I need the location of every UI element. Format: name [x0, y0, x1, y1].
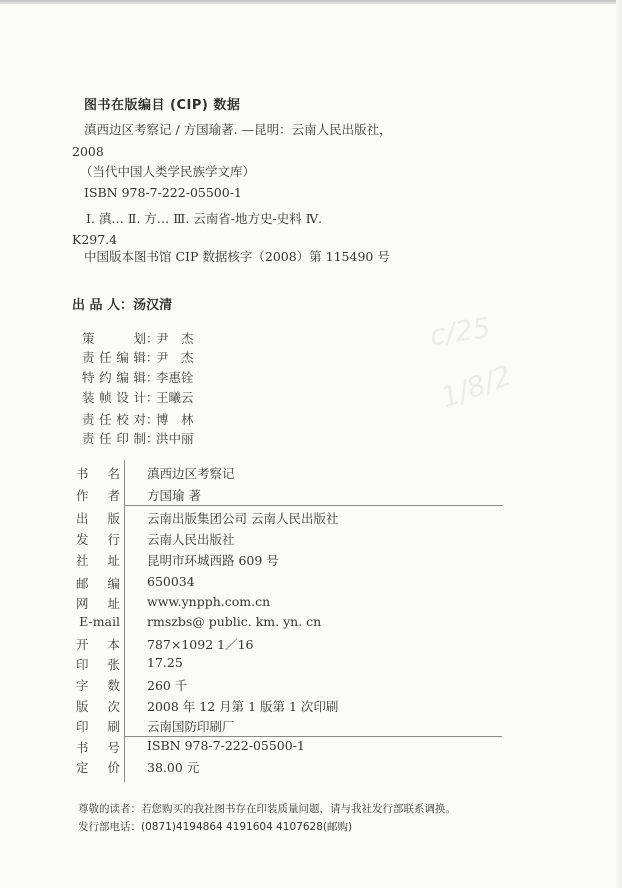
staff-row: 特约编辑：李惠铨 — [82, 368, 194, 386]
cip-line-record-number: 中国版本图书馆 CIP 数据核字（2008）第 115490 号 — [84, 249, 390, 265]
staff-row: 责任编辑：尹 杰 — [82, 348, 194, 366]
staff-row: 责任校对：博 林 — [82, 410, 194, 428]
staff-label: 特约编辑 — [82, 368, 146, 386]
publisher-label: 出 品 人： — [72, 298, 133, 313]
publisher-line: 出 品 人：汤汉清 — [72, 294, 172, 313]
row-value: 昆明市环城西路 609 号 — [147, 551, 279, 569]
distribution-phone: 发行部电话：(0871)4194864 4191604 4107628(邮购) — [78, 819, 352, 834]
row-label: 定价 — [76, 758, 120, 776]
cip-line-year: 2008 — [72, 144, 104, 160]
row-value: rmszbs@ public. km. yn. cn — [147, 614, 321, 629]
row-value: 38.00 元 — [147, 758, 199, 776]
row-label: 书号 — [76, 738, 120, 756]
page-right-edge — [616, 0, 622, 888]
cip-line-subjects: Ⅰ. 滇… Ⅱ. 方… Ⅲ. 云南省-地方史-史料 Ⅳ. — [86, 211, 322, 227]
staff-label: 策划 — [82, 329, 146, 347]
row-label: 邮编 — [76, 574, 120, 592]
row-label: 网址 — [76, 594, 120, 612]
row-value: 650034 — [147, 574, 195, 589]
table-rule-upper — [124, 505, 503, 506]
page-top-edge — [0, 0, 622, 4]
staff-name: 洪中丽 — [156, 429, 194, 447]
staff-name: 李惠铨 — [156, 368, 194, 386]
row-value: 方国瑜 著 — [147, 486, 201, 504]
row-label: 印张 — [76, 655, 120, 673]
staff-row: 装帧设计：王曦云 — [82, 388, 194, 406]
row-label: 开本 — [76, 635, 120, 653]
cip-line-isbn: ISBN 978-7-222-05500-1 — [84, 185, 242, 201]
row-value: 17.25 — [147, 655, 183, 670]
table-rule-lower — [124, 736, 502, 737]
row-label: 作者 — [76, 486, 120, 504]
row-label: 社址 — [76, 551, 120, 569]
staff-name: 王曦云 — [156, 388, 194, 406]
cip-line-classification: K297.4 — [72, 232, 117, 248]
row-label: 发行 — [76, 530, 120, 548]
cip-title: 图书在版编目 (CIP) 数据 — [84, 94, 240, 113]
row-value: 787×1092 1／16 — [147, 635, 253, 653]
row-label: 版次 — [76, 697, 120, 715]
staff-row: 策划：尹 杰 — [82, 329, 194, 347]
cip-line-title-author: 滇西边区考察记 / 方国瑜著. —昆明：云南人民出版社， — [84, 122, 392, 138]
row-label: 字数 — [76, 676, 120, 694]
staff-row: 责任印制：洪中丽 — [82, 429, 194, 447]
row-value: ISBN 978-7-222-05500-1 — [147, 738, 305, 753]
row-value: www.ynpph.com.cn — [147, 594, 270, 609]
staff-label: 责任印制 — [82, 429, 146, 447]
reader-notice: 尊敬的读者：若您购买的我社图书存在印装质量问题，请与我社发行部联系调换。 — [78, 801, 456, 816]
staff-label: 装帧设计 — [82, 388, 146, 406]
row-label: E-mail — [63, 614, 120, 629]
staff-name: 尹 杰 — [156, 329, 194, 347]
staff-name: 博 林 — [156, 410, 194, 428]
row-value: 云南人民出版社 — [147, 530, 235, 548]
row-label: 出版 — [76, 509, 120, 527]
bleed-through-mark: 1/8/2 — [437, 359, 516, 415]
row-label: 印刷 — [76, 717, 120, 735]
table-vertical-divider — [124, 460, 125, 782]
row-value: 云南出版集团公司 云南人民出版社 — [147, 509, 338, 527]
cip-line-series: （当代中国人类学民族学文库） — [80, 164, 255, 180]
row-value: 2008 年 12 月第 1 版第 1 次印刷 — [147, 697, 338, 715]
row-value: 云南国防印刷厂 — [147, 717, 235, 735]
publisher-name: 汤汉清 — [133, 298, 172, 313]
staff-label: 责任校对 — [82, 410, 146, 428]
staff-name: 尹 杰 — [156, 348, 194, 366]
staff-label: 责任编辑 — [82, 348, 146, 366]
bleed-through-mark: c/25 — [428, 311, 492, 352]
row-value: 滇西边区考察记 — [147, 464, 235, 482]
row-value: 260 千 — [147, 676, 187, 694]
row-label: 书名 — [76, 464, 120, 482]
